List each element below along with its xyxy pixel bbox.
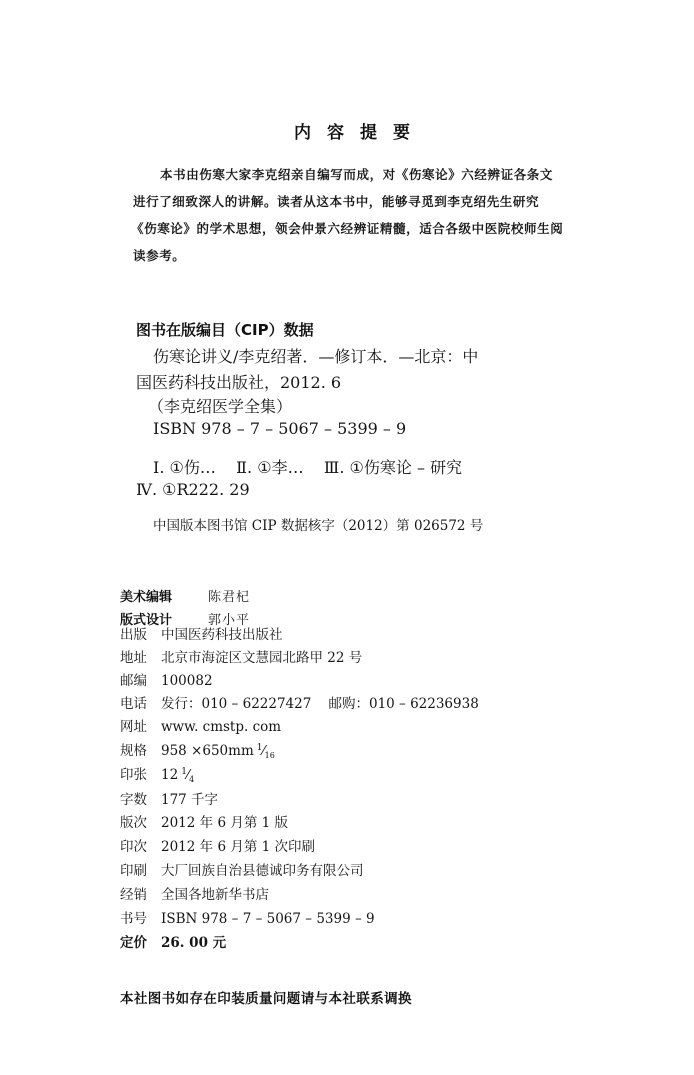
cip-heading: 图书在版编目（CIP）数据: [136, 319, 314, 340]
fraction-denominator: 4: [189, 775, 194, 784]
format-size: 958 ×650mm: [161, 743, 254, 759]
cip-classification-line: Ⅳ. ①R222. 29: [136, 480, 250, 499]
info-row-word-count: 字数 177 千字: [120, 788, 218, 810]
info-row-isbn: 书号 ISBN 978 – 7 – 5067 – 5399 – 9: [120, 907, 375, 929]
info-row-edition: 版次 2012 年 6 月第 1 版: [120, 811, 288, 833]
summary-paragraph-line: 读参考。: [133, 246, 185, 264]
summary-paragraph-line: 《伤寒论》的学术思想，领会仲景六经辨证精髓，适合各级中医院校师生阅: [131, 219, 563, 237]
price-value: 26. 00 元: [161, 931, 226, 951]
cip-line: （李克绍医学全集）: [148, 394, 292, 417]
info-label: 定价: [120, 931, 161, 951]
fraction-denominator: 16: [265, 751, 275, 760]
info-row-printed-sheets: 印张 121⁄4: [120, 763, 194, 785]
info-row-postcode: 邮编 100082: [120, 669, 213, 691]
info-label: 印刷: [120, 859, 161, 879]
info-row-printing: 印次 2012 年 6 月第 1 次印刷: [120, 835, 315, 857]
info-value: 全国各地新华书店: [161, 883, 269, 903]
info-value: 121⁄4: [161, 767, 194, 784]
info-row-price: 定价 26. 00 元: [120, 931, 226, 953]
info-label: 书号: [120, 907, 161, 927]
info-label: 经销: [120, 883, 161, 903]
info-value: ISBN 978 – 7 – 5067 – 5399 – 9: [161, 911, 375, 927]
sheets-count: 12: [161, 767, 178, 783]
credit-row-art-editor: 美术编辑 陈君杞: [120, 586, 250, 605]
cip-line: 国医药科技出版社，2012. 6: [136, 370, 341, 393]
info-row-address: 地址 北京市海淀区文慧园北路甲 22 号: [120, 646, 362, 668]
info-row-distributor: 经销 全国各地新华书店: [120, 883, 269, 905]
summary-paragraph-line: 本书由伤寒大家李克绍亲自编写而成，对《伤寒论》六经辨证各条文: [160, 165, 553, 183]
info-value: 958 ×650mm1⁄16: [161, 743, 275, 760]
info-value: 2012 年 6 月第 1 次印刷: [161, 835, 315, 855]
info-label: 网址: [120, 715, 161, 735]
info-row-printer: 印刷 大厂回族自治县德诚印务有限公司: [120, 859, 364, 881]
info-label: 规格: [120, 739, 161, 759]
info-value: 177 千字: [161, 788, 218, 808]
info-label: 印次: [120, 835, 161, 855]
info-value: 发行：010 – 62227427 邮购：010 – 62236938: [161, 692, 479, 712]
info-label: 邮编: [120, 669, 161, 689]
cip-classification-line: Ⅰ. ①伤… Ⅱ. ①李… Ⅲ. ①伤寒论 – 研究: [153, 455, 462, 478]
cip-isbn: ISBN 978 – 7 – 5067 – 5399 – 9: [153, 419, 406, 438]
info-label: 印张: [120, 763, 161, 783]
info-label: 电话: [120, 692, 161, 712]
info-row-publisher: 出版 中国医药科技出版社: [120, 623, 283, 645]
credit-label: 美术编辑: [120, 586, 208, 605]
summary-title: 内容提要: [294, 118, 426, 143]
info-value[interactable]: www. cmstp. com: [161, 719, 281, 735]
info-value: 中国医药科技出版社: [161, 623, 283, 643]
info-label: 版次: [120, 811, 161, 831]
info-label: 出版: [120, 623, 161, 643]
info-value: 100082: [161, 673, 213, 689]
info-value: 北京市海淀区文慧园北路甲 22 号: [161, 646, 362, 666]
summary-paragraph-line: 进行了细致深人的讲解。读者从这本书中，能够寻觅到李克绍先生研究: [133, 192, 539, 210]
info-row-website: 网址 www. cmstp. com: [120, 715, 281, 737]
cip-approval-note: 中国版本图书馆 CIP 数据核字（2012）第 026572 号: [153, 514, 483, 534]
footer-note: 本社图书如存在印装质量问题请与本社联系调换: [120, 987, 412, 1007]
cip-line: 伤寒论讲义/李克绍著．—修订本．—北京：中: [153, 344, 478, 367]
info-value: 2012 年 6 月第 1 版: [161, 811, 288, 831]
info-label: 字数: [120, 788, 161, 808]
info-label: 地址: [120, 646, 161, 666]
credit-value: 陈君杞: [208, 586, 250, 605]
info-row-format: 规格 958 ×650mm1⁄16: [120, 739, 275, 761]
info-row-phone: 电话 发行：010 – 62227427 邮购：010 – 62236938: [120, 692, 479, 714]
info-value: 大厂回族自治县德诚印务有限公司: [161, 859, 364, 879]
